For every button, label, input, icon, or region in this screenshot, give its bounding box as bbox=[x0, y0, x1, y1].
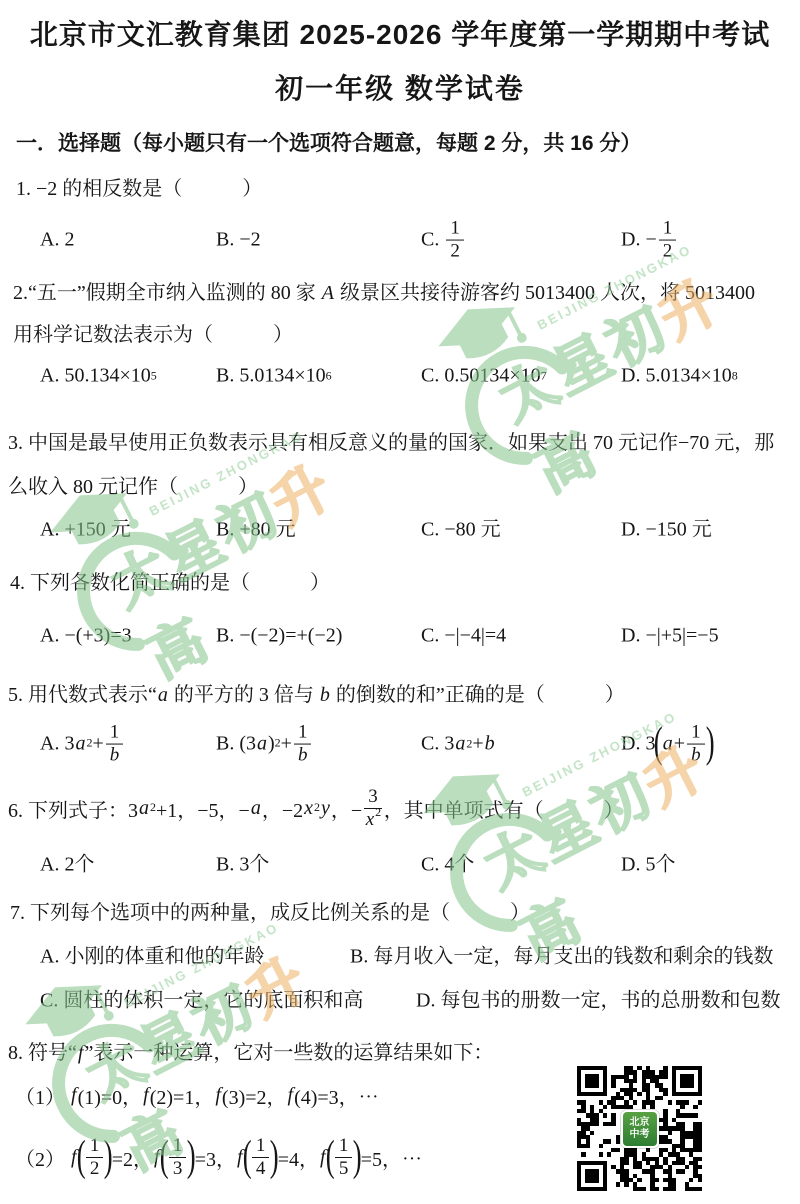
q3-option-d: D. −150 元 bbox=[621, 513, 712, 542]
q5-option-a: A. 3a2+1b bbox=[40, 723, 125, 766]
q3-option-c: C. −80 元 bbox=[421, 513, 501, 542]
q6-option-b: B. 3个 bbox=[216, 848, 269, 877]
q5-option-c: C. 3a2+b bbox=[421, 733, 496, 756]
qr-code: 北京 中考 bbox=[571, 1060, 708, 1197]
exam-title: 北京市文汇教育集团 2025-2026 学年度第一学期期中考试 bbox=[0, 13, 800, 53]
q1-stem: 1. −2 的相反数是（ ） bbox=[16, 172, 262, 201]
q4-option-c: C. −|−4|=4 bbox=[421, 625, 506, 648]
q2-stem-line2: 用科学记数法表示为（ ） bbox=[13, 318, 293, 347]
qr-center-badge: 北京 中考 bbox=[621, 1110, 659, 1148]
watermark-brand-suffix: 高 bbox=[526, 420, 608, 503]
qr-finder-bottom-left bbox=[577, 1161, 607, 1191]
q1-option-c: C. 12 bbox=[421, 219, 466, 262]
qr-pattern: 北京 中考 bbox=[577, 1066, 702, 1191]
exam-paper: BEIJING ZHONGKAO 太星初升高 BEIJING ZHONGKAO … bbox=[0, 0, 800, 1204]
qr-badge-line1: 北京 bbox=[630, 1117, 650, 1129]
section-heading: 一．选择题（每小题只有一个选项符合题意，每题 2 分，共 16 分） bbox=[16, 127, 641, 157]
q4-option-d: D. −|+5|=−5 bbox=[621, 625, 719, 648]
q5-stem: 5. 用代数式表示“a 的平方的 3 倍与 b 的倒数的和”正确的是（ ） bbox=[8, 678, 625, 707]
q1-option-a: A. 2 bbox=[40, 229, 74, 252]
q1-option-b: B. −2 bbox=[216, 229, 261, 252]
q7-option-d: D. 每包书的册数一定，书的总册数和包数 bbox=[416, 984, 780, 1013]
q5-option-b: B. (3a)2+1b bbox=[216, 723, 313, 766]
qr-finder-top-left bbox=[577, 1066, 607, 1096]
exam-subtitle: 初一年级 数学试卷 bbox=[0, 67, 800, 107]
qr-badge-line2: 中考 bbox=[630, 1129, 650, 1141]
qr-finder-top-right bbox=[672, 1066, 702, 1096]
q2-option-a: A. 50.134×105 bbox=[40, 365, 157, 388]
q6-option-a: A. 2个 bbox=[40, 848, 94, 877]
